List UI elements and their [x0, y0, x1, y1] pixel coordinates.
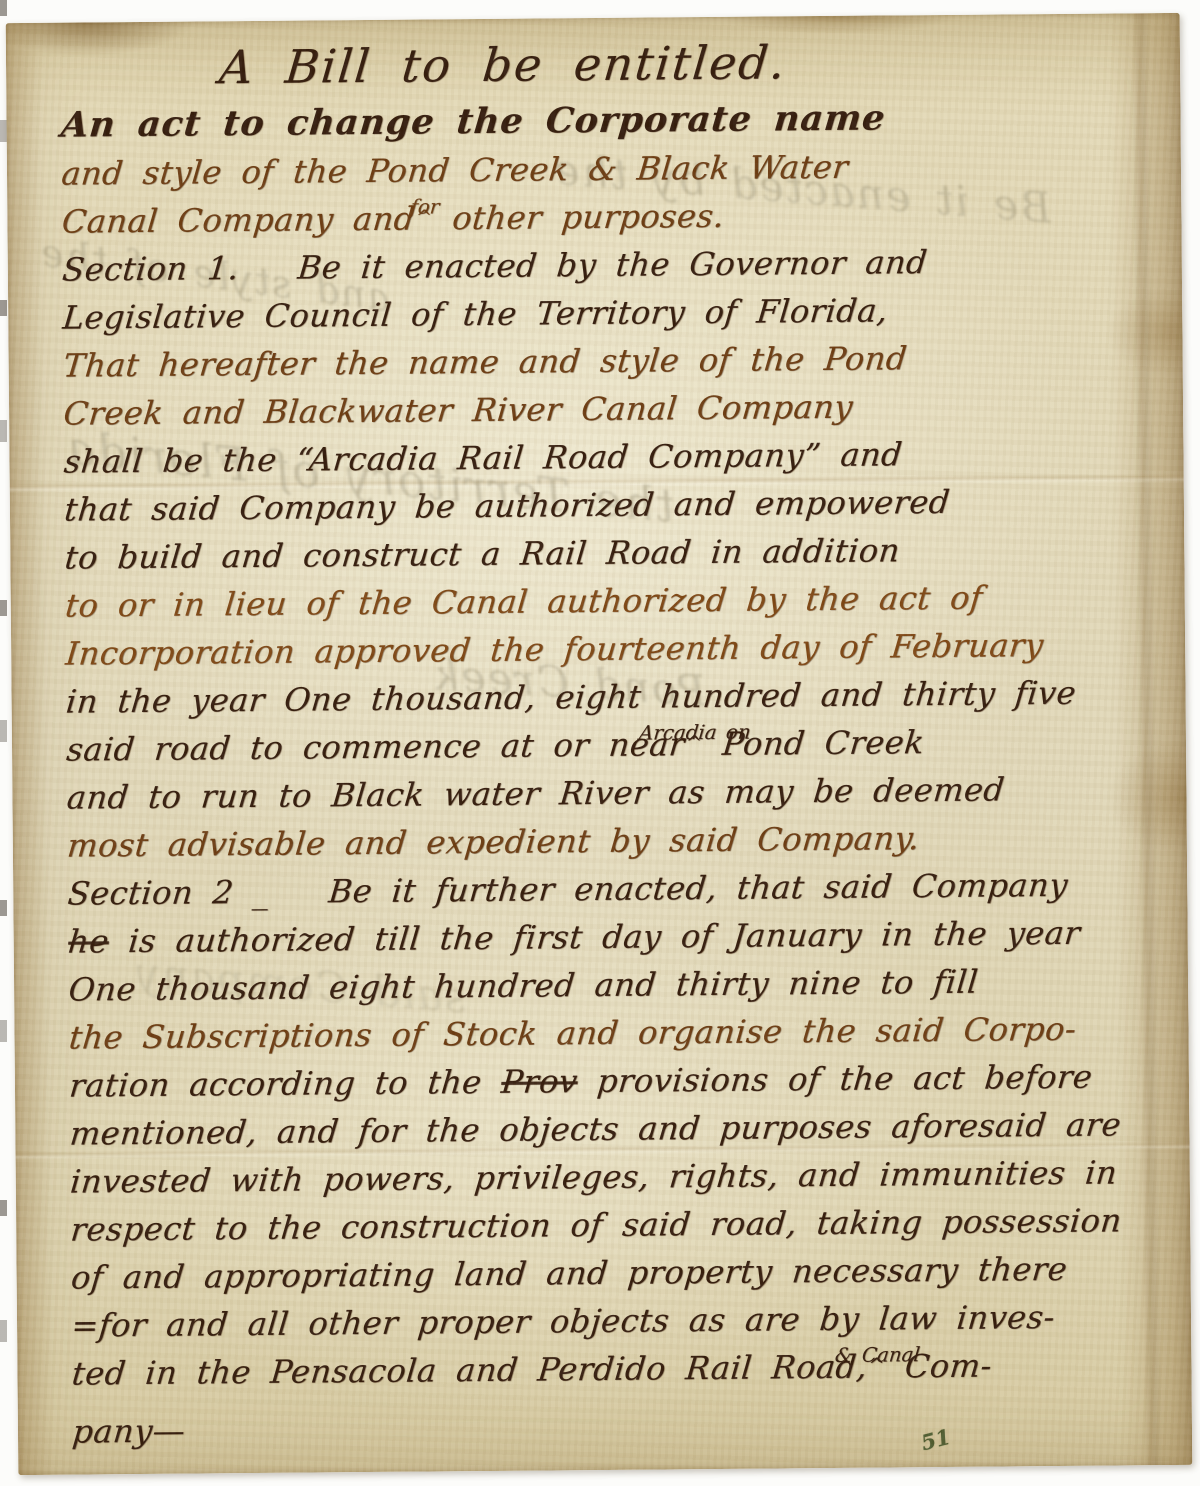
line-text: said road to commence at or near	[65, 725, 687, 768]
line-text: to or in lieu of the Canal authorized by…	[64, 579, 985, 625]
line-text: respect to the construction of said road…	[69, 1201, 1124, 1248]
interlinear-insertion: Arcadia on^	[684, 723, 705, 755]
struck-out-text: he	[67, 922, 111, 960]
line-text: most advisable and expedient by said Com…	[66, 819, 922, 864]
line-text: Creek and Blackwater River Canal Company	[62, 388, 855, 433]
line-text: Section 2 _ Be it further enacted, that …	[66, 866, 1070, 913]
line-text: and style of the Pond Creek & Black Wate…	[60, 148, 850, 193]
line-text: mentioned, and for the objects and purpo…	[68, 1105, 1123, 1152]
interlinear-insertion: & Canal^	[866, 1346, 887, 1378]
line-text: in the year One thousand, eight hundred …	[64, 674, 1078, 721]
line-text: pany—	[71, 1412, 187, 1451]
caret-mark: ^	[867, 1355, 885, 1374]
caret-mark: ^	[415, 207, 433, 226]
document-scan: Canal Company and Be it enacted by the t…	[0, 0, 1200, 1486]
line-text: that said Company be authorized and empo…	[63, 483, 952, 529]
line-text: Canal Company and	[60, 200, 416, 241]
line-text: ted in the Pensacola and Perdido Rail Ro…	[70, 1348, 869, 1393]
interlinear-insertion: for^	[414, 197, 435, 229]
manuscript-line: ted in the Pensacola and Perdido Rail Ro…	[70, 1341, 1181, 1399]
line-text: of and appropriating land and property n…	[69, 1250, 1069, 1297]
line-text: One thousand eight hundred and thirty ni…	[67, 963, 980, 1009]
manuscript-body: A Bill to be entitled.An act to change t…	[58, 27, 1176, 1457]
caret-mark: ^	[685, 733, 703, 752]
line-text: other purposes.	[431, 197, 726, 238]
line-text: provisions of the act before	[576, 1058, 1094, 1101]
line-text: A Bill to be entitled.	[217, 35, 789, 94]
struck-out-text: Prov	[500, 1062, 580, 1101]
line-text: =for and all other proper objects as are…	[70, 1298, 1057, 1345]
line-text: is authorized till the first day of Janu…	[107, 914, 1082, 961]
line-text: invested with powers, privileges, rights…	[69, 1153, 1119, 1200]
line-text: Legislative Council of the Territory of …	[61, 291, 889, 336]
line-text: Section 1. Be it enacted by the Governor…	[61, 243, 929, 289]
line-text: shall be the “Arcadia Rail Road Company”…	[62, 435, 904, 480]
line-text: That hereafter the name and style of the…	[61, 339, 908, 384]
document-title: A Bill to be entitled.	[58, 27, 1170, 103]
manuscript-line: pany—	[70, 1399, 1181, 1457]
line-text: the Subscriptions of Stock and organise …	[67, 1010, 1078, 1057]
line-text: and to run to Black water River as may b…	[65, 770, 1006, 816]
line-text: An act to change the Corporate name	[59, 97, 887, 145]
line-text: ration according to the	[68, 1063, 504, 1105]
scanner-edge-marks	[0, 0, 7, 1486]
line-text: Incorporation approved the fourteenth da…	[64, 626, 1045, 673]
line-text: to build and construct a Rail Road in ad…	[63, 531, 902, 576]
paper-sheet: Canal Company and Be it enacted by the t…	[6, 13, 1193, 1475]
